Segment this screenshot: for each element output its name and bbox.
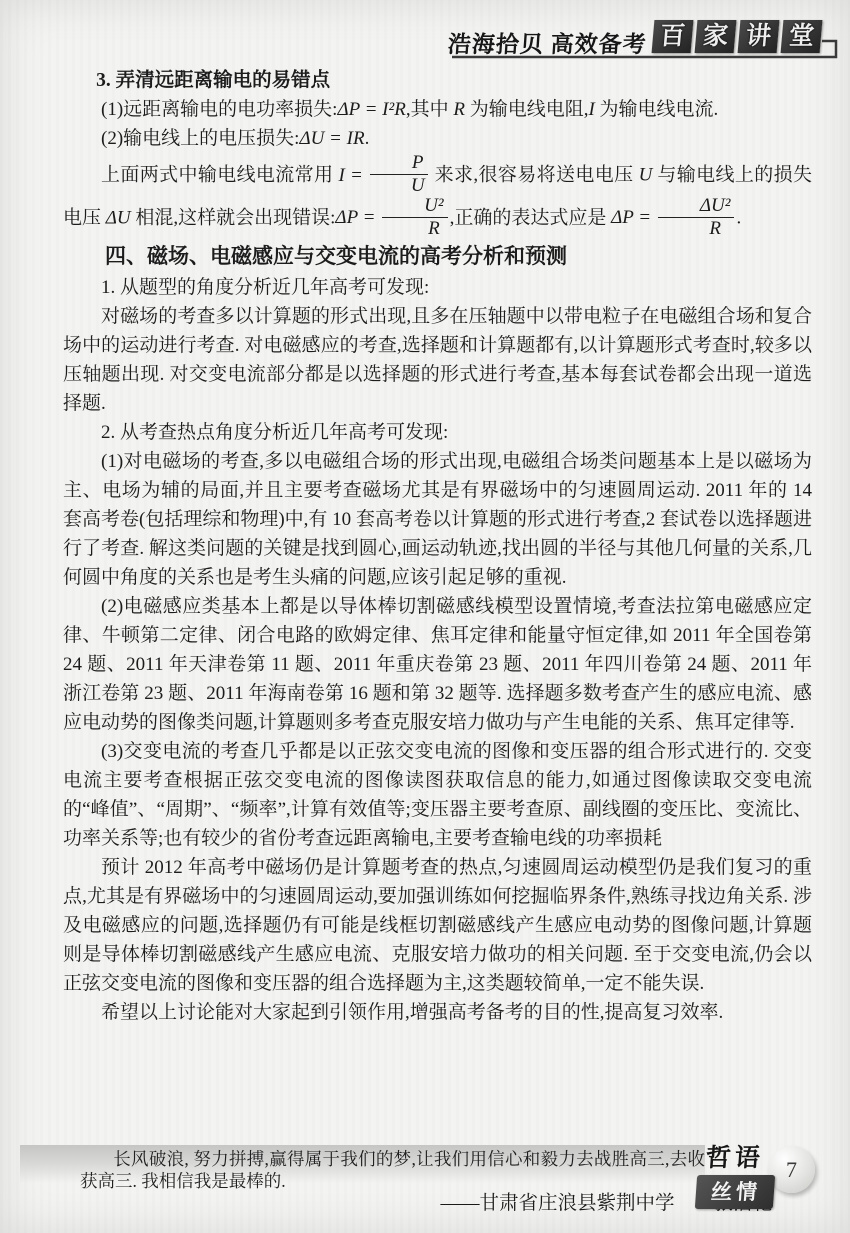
formula-correct-expression: ΔP = ΔU²R — [611, 207, 736, 228]
badge-top-label: 哲语 — [695, 1138, 776, 1174]
paragraph: 预计 2012 年高考中磁场仍是计算题考查的热点,匀速圆周运动模型仍是我们复习的… — [63, 853, 812, 998]
formula-I-equals: I = PU — [339, 165, 430, 186]
formula-voltage-loss: ΔU = IR — [299, 128, 364, 149]
seg: 相混,这样就会出现错误: — [131, 207, 336, 228]
item-power-loss: (1)远距离输电的电功率损失:ΔP = I²R,其中 R 为输电线电阻,I 为输… — [63, 95, 812, 124]
item-voltage-loss: (2)输电线上的电压损失:ΔU = IR. — [63, 124, 812, 153]
badge-bottom-label: 丝情 — [695, 1175, 775, 1209]
paragraph: (2)电磁感应类基本上都是以导体棒切割磁感线模型设置情境,考查法拉第电磁感应定律… — [63, 592, 812, 737]
paragraph: 1. 从题型的角度分析近几年高考可发现: — [63, 273, 812, 302]
paragraph: 希望以上讨论能对大家起到引领作用,增强高考备考的目的性,提高复习效率. — [63, 998, 812, 1027]
var-delta-U: ΔU — [106, 207, 131, 228]
paragraph: 对磁场的考查多以计算题的形式出现,且多在压轴题中以带电粒子在电磁组合场和复合场中… — [63, 302, 812, 418]
scanned-document-page: 浩海拾贝 高效备考 百 家 讲 堂 3. 弄清远距离输电的易错点 (1)远距离输… — [0, 0, 850, 1233]
var-R: R — [453, 99, 465, 120]
seg: 上面两式中输电线电流常用 — [101, 165, 339, 186]
formula-wrong-expression: ΔP = U²R — [335, 207, 449, 228]
column-badge: 哲语 丝情 — [696, 1138, 774, 1209]
fraction-dU2-over-R: ΔU²R — [658, 196, 735, 239]
paragraph: (1)对电磁场的考查,多以电磁组合场的形式出现,电磁组合场类问题基本上是以磁场为… — [63, 447, 812, 592]
formula-power-loss: ΔP = I²R — [337, 99, 405, 120]
header-rule-line — [0, 0, 850, 70]
section3-heading: 3. 弄清远距离输电的易错点 — [63, 66, 812, 95]
seg: . — [736, 207, 741, 228]
document-body: 3. 弄清远距离输电的易错点 (1)远距离输电的电功率损失:ΔP = I²R,其… — [63, 66, 812, 1027]
item2-post: . — [365, 128, 370, 149]
paragraph: (3)交变电流的考查几乎都是以正弦交变电流的图像和变压器的组合形式进行的. 交变… — [63, 737, 812, 853]
item2-pre: (2)输电线上的电压损失: — [101, 128, 299, 149]
fraction-U2-over-R: U²R — [382, 196, 447, 239]
footer-attribution: ——甘肃省庄浪县紫荆中学 张浩乾 — [0, 1187, 772, 1215]
section4-heading: 四、磁场、电磁感应与交变电流的高考分析和预测 — [63, 242, 812, 271]
fraction-P-over-U: PU — [370, 153, 428, 196]
footer-quote: 长风破浪, 努力拼搏,赢得属于我们的梦,让我们用信心和毅力去战胜高三,去收获高三… — [80, 1148, 705, 1192]
paragraph-current-confusion: 上面两式中输电线电流常用 I = PU 来求,很容易将送电电压 U 与输电线上的… — [63, 153, 812, 239]
paragraph: 2. 从考查热点角度分析近几年高考可发现: — [63, 418, 812, 447]
item1-post: 为输电线电流. — [595, 99, 719, 120]
var-U: U — [639, 165, 653, 186]
seg: 来求,很容易将送电电压 — [430, 165, 639, 186]
page-number: 7 — [768, 1146, 815, 1193]
item1-mid: ,其中 — [406, 99, 454, 120]
item1-pre: (1)远距离输电的电功率损失: — [101, 99, 337, 120]
item1-mid2: 为输电线电阻, — [465, 99, 589, 120]
seg: ,正确的表达式应是 — [450, 207, 612, 228]
